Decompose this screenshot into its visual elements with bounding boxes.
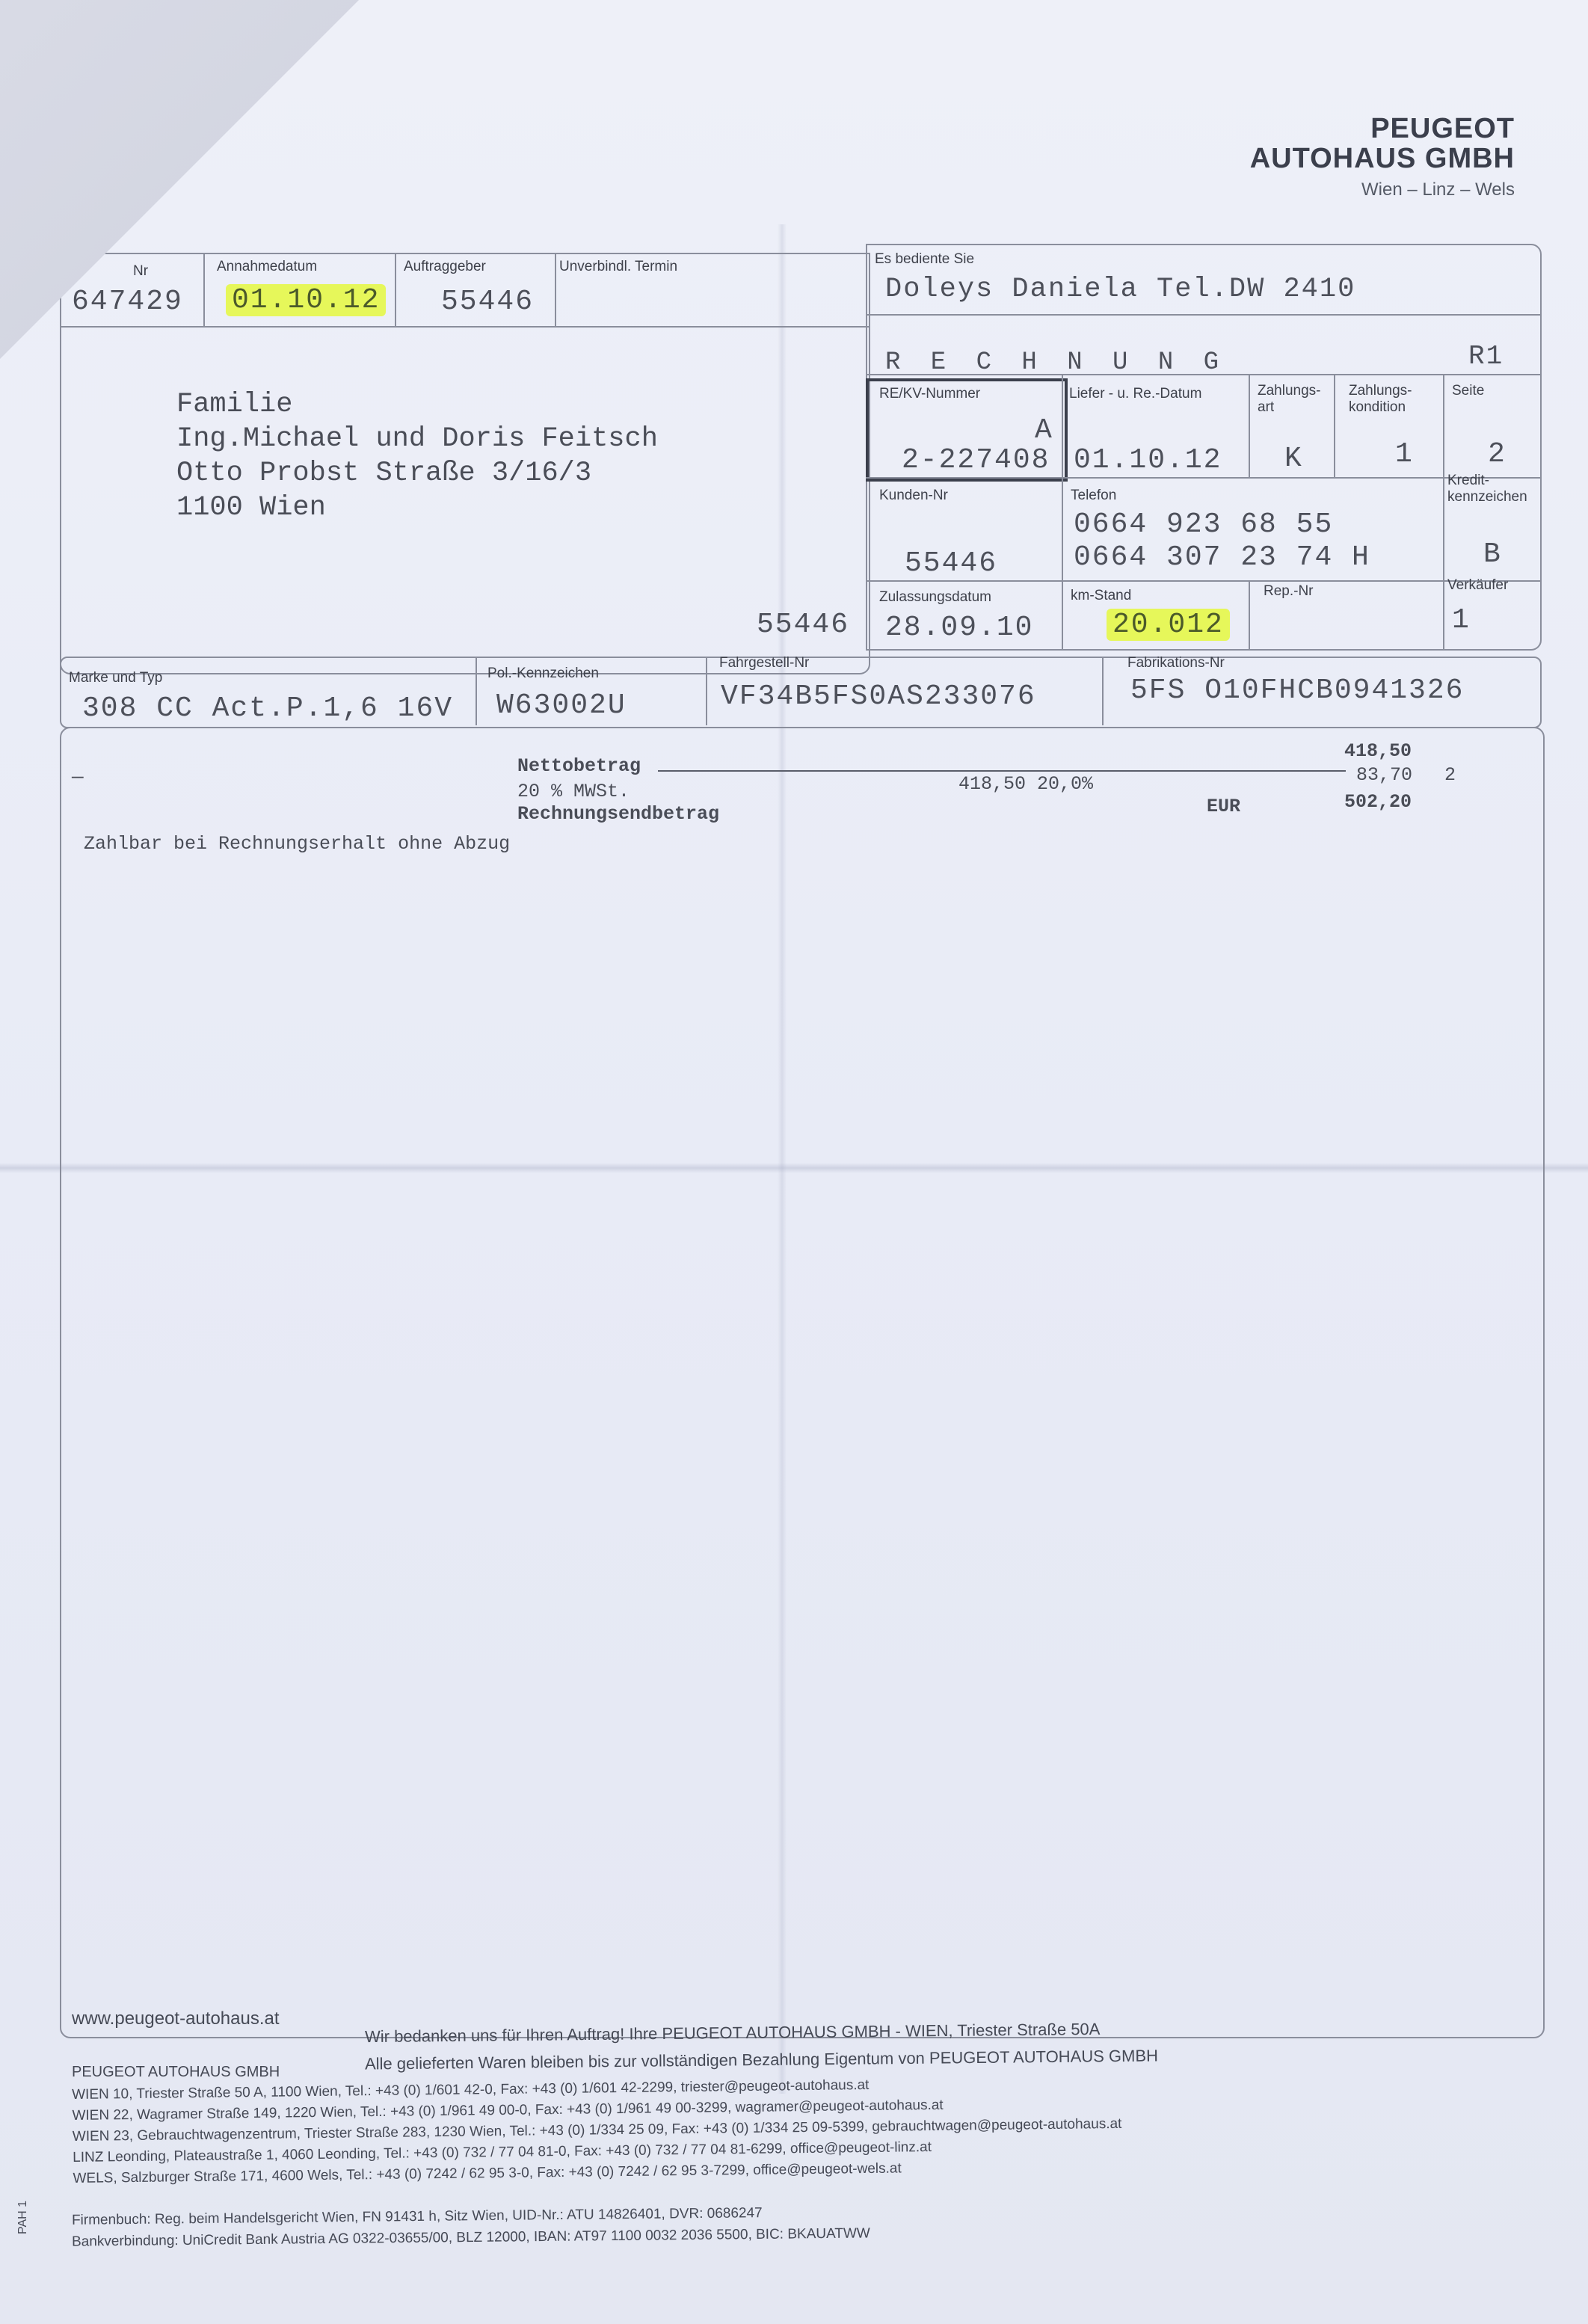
divider — [1249, 374, 1250, 479]
divider — [1062, 477, 1063, 649]
mwst-base: 418,50 20,0% — [958, 773, 1093, 795]
mwst-value: 83,70 — [1356, 764, 1412, 786]
company-name: PEUGEOT AUTOHAUS GMBH — [72, 2064, 280, 2081]
recipient-address: Familie Ing.Michael und Doris Feitsch Ot… — [176, 387, 658, 525]
recipient-line: Familie — [176, 387, 658, 422]
brand-locations: Wien – Linz – Wels — [1250, 179, 1515, 200]
end-total-label: Rechnungsendbetrag — [517, 803, 719, 825]
fahrgestell-value: VF34B5FS0AS233076 — [721, 680, 1036, 713]
netto-label: Nettobetrag — [517, 755, 641, 777]
re-kv-label: RE/KV-Nummer — [879, 386, 980, 402]
zahlungsart-value: K — [1284, 443, 1303, 475]
netto-underline — [658, 770, 1346, 772]
divider — [866, 314, 1540, 316]
divider — [866, 374, 1540, 375]
invoice-body-box — [60, 727, 1545, 2038]
seite-value: 2 — [1488, 438, 1507, 470]
invoice-date-label: Liefer - u. Re.-Datum — [1069, 386, 1201, 402]
fahrgestell-label: Fahrgestell-Nr — [719, 655, 809, 671]
zahlungskondition-label: Zahlungs-kondition — [1349, 383, 1409, 416]
annahmedatum-value-wrap: 01.10.12 — [226, 284, 386, 316]
netto-value: 418,50 — [1344, 740, 1412, 762]
divider — [1334, 374, 1335, 479]
seite-label: Seite — [1452, 383, 1484, 399]
firmenbuch-info: Firmenbuch: Reg. beim Handelsgericht Wie… — [72, 2205, 763, 2229]
invoice-paper: PEUGEOT AUTOHAUS GMBH Wien – Linz – Wels… — [0, 0, 1588, 2324]
divider — [555, 254, 556, 326]
divider — [1443, 374, 1444, 651]
divider — [1249, 580, 1250, 649]
telefon-1: 0664 923 68 55 — [1074, 508, 1333, 541]
kennzeichen-label: Pol.-Kennzeichen — [487, 665, 599, 682]
document-title: R E C H N U N G — [885, 348, 1226, 377]
verkaeufer-label: Verkäufer — [1447, 577, 1508, 594]
currency: EUR — [1207, 796, 1240, 817]
auftraggeber-label: Auftraggeber — [404, 259, 486, 275]
rep-nr-label: Rep.-Nr — [1264, 583, 1314, 600]
recipient-line: Ing.Michael und Doris Feitsch — [176, 422, 658, 456]
dealer-brand: PEUGEOT AUTOHAUS GMBH Wien – Linz – Wels — [1250, 114, 1515, 200]
kredit-label: Kredit-kennzeichen — [1447, 473, 1537, 505]
verkaeufer-value: 1 — [1452, 604, 1471, 636]
end-total-value: 502,20 — [1344, 791, 1412, 813]
bank-info: Bankverbindung: UniCredit Bank Austria A… — [72, 2225, 870, 2250]
divider — [1062, 374, 1063, 479]
mwst-code: 2 — [1444, 764, 1456, 786]
marke-label: Marke und Typ — [69, 670, 162, 686]
km-stand-label: km-Stand — [1071, 588, 1131, 604]
kunden-nr-label: Kunden-Nr — [879, 488, 948, 504]
order-row-divider — [60, 326, 869, 328]
brand-line-1: PEUGEOT — [1250, 114, 1515, 144]
invoice-date-value: 01.10.12 — [1074, 444, 1222, 476]
divider — [203, 254, 205, 326]
customer-reference: 55446 — [757, 609, 849, 641]
zahlungskondition-value: 1 — [1395, 438, 1414, 470]
termin-label: Unverbindl. Termin — [559, 259, 677, 275]
telefon-label: Telefon — [1071, 488, 1116, 504]
km-stand-wrap: 20.012 — [1107, 609, 1230, 641]
order-nr-label: Nr — [133, 263, 148, 280]
brand-line-2: AUTOHAUS GMBH — [1250, 144, 1515, 173]
invoice-number: 2-227408 — [902, 444, 1050, 476]
marke-value: 308 CC Act.P.1,6 16V — [82, 692, 453, 725]
annahmedatum-label: Annahmedatum — [217, 259, 317, 275]
kredit-value: B — [1483, 538, 1502, 571]
payment-note: Zahlbar bei Rechnungserhalt ohne Abzug — [84, 833, 510, 855]
re-kv-suffix: A — [1035, 414, 1053, 446]
zahlungsart-label: Zahlungs-art — [1258, 383, 1302, 416]
website-link[interactable]: www.peugeot-autohaus.at — [72, 2008, 280, 2029]
served-by-label: Es bediente Sie — [875, 251, 974, 268]
divider — [1102, 658, 1104, 725]
annahmedatum-value: 01.10.12 — [226, 284, 386, 316]
recipient-line: Otto Probst Straße 3/16/3 — [176, 456, 658, 491]
order-nr-value: 647429 — [72, 286, 183, 318]
document-code: R1 — [1468, 341, 1504, 372]
recipient-line: 1100 Wien — [176, 491, 658, 525]
divider — [395, 254, 396, 326]
km-stand-value: 20.012 — [1107, 609, 1230, 641]
divider — [476, 658, 477, 725]
zulassung-label: Zulassungsdatum — [879, 589, 991, 606]
divider — [866, 477, 1540, 479]
divider — [706, 658, 707, 725]
divider — [866, 580, 1540, 582]
form-code: PAH 1 — [16, 2201, 30, 2234]
served-by-value: Doleys Daniela Tel.DW 2410 — [885, 274, 1355, 305]
fabrikation-label: Fabrikations-Nr — [1127, 655, 1225, 671]
branch-list: WIEN 10, Triester Straße 50 A, 1100 Wien… — [72, 2072, 1122, 2189]
kunden-nr-value: 55446 — [905, 547, 997, 580]
fabrikation-value: 5FS O10FHCB0941326 — [1130, 674, 1464, 707]
zulassung-value: 28.09.10 — [885, 612, 1033, 644]
kennzeichen-value: W63002U — [496, 689, 627, 722]
mwst-label: 20 % MWSt. — [517, 781, 630, 802]
telefon-2: 0664 307 23 74 H — [1074, 541, 1370, 574]
retention-note: Alle gelieferten Waren bleiben bis zur v… — [365, 2046, 1158, 2074]
line-item-dash: — — [72, 766, 84, 788]
auftraggeber-value: 55446 — [441, 286, 534, 318]
